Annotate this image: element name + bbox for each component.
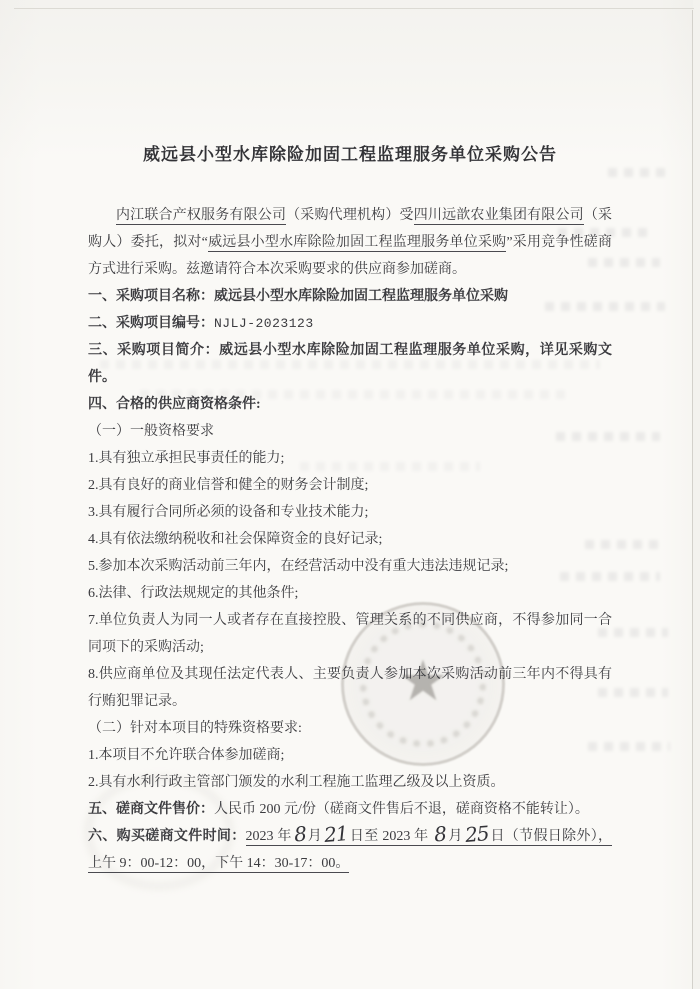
intro-text: （采购代理机构）受 [286,208,414,223]
special-requirement-2: 2.具有水利行政主管部门颁发的水利工程施工监理乙级及以上资质。 [88,769,612,796]
scan-right-margin [693,0,700,989]
general-requirement-2: 2.具有良好的商业信誉和健全的财务会计制度; [88,472,612,499]
item-5-label: 五、磋商文件售价： [88,802,214,817]
general-requirement-8: 8.供应商单位及其现任法定代表人、主要负责人参加本次采购活动前三年内不得具有行贿… [88,661,612,715]
project-number-value: NJLJ-2023123 [214,316,314,331]
general-requirement-6: 6.法律、行政法规规定的其他条件; [88,580,612,607]
date-text: 2023 年 [246,829,292,844]
purchaser-name-underlined: 四川远歆农业集团有限公司 [414,208,584,225]
intro-paragraph: 内江联合产权服务有限公司（采购代理机构）受四川远歆农业集团有限公司（采购人）委托… [88,202,612,283]
handwritten-day-digit: 21 [324,833,347,835]
document-body: 威远县小型水库除险加固工程监理服务单位采购公告 内江联合产权服务有限公司（采购代… [88,140,612,877]
item-5-value: 人民币 200 元/份（磋商文件售后不退，磋商资格不能转让）。 [214,802,589,817]
general-requirement-7: 7.单位负责人为同一人或者存在直接控股、管理关系的不同供应商，不得参加同一合同项… [88,607,612,661]
bleedthrough-artifact [608,168,670,177]
general-requirement-3: 3.具有履行合同所必须的设备和专业技术能力; [88,499,612,526]
item-6-purchase-time: 六、购买磋商文件时间：2023 年8月21日至 2023 年 8月25日（节假日… [88,823,612,877]
general-requirement-1: 1.具有独立承担民事责任的能力; [88,445,612,472]
handwritten-month-digit: 8 [434,833,446,834]
page-top-edge [14,8,694,9]
item-4-qualification-heading: 四、合格的供应商资格条件: [88,391,612,418]
general-requirement-5: 5.参加本次采购活动前三年内，在经营活动中没有重大违法违规记录; [88,553,612,580]
project-name-underlined: 威远县小型水库除险加固工程监理服务单位采购 [208,235,507,252]
item-5-document-price: 五、磋商文件售价：人民币 200 元/份（磋商文件售后不退，磋商资格不能转让）。 [88,796,612,823]
item-3-project-brief: 三、采购项目简介：威远县小型水库除险加固工程监理服务单位采购，详见采购文件。 [88,337,612,391]
special-requirement-1: 1.本项目不允许联合体参加磋商; [88,742,612,769]
item-6-label: 六、购买磋商文件时间： [88,829,246,844]
subheading-special-requirements: （二）针对本项目的特殊资格要求: [88,715,612,742]
item-1-project-name: 一、采购项目名称：威远县小型水库除险加固工程监理服务单位采购 [88,283,612,310]
handwritten-month-digit: 8 [294,833,306,834]
date-text: 月 [448,829,463,844]
subheading-general-requirements: （一）一般资格要求 [88,418,612,445]
general-requirement-4: 4.具有依法缴纳税收和社会保障资金的良好记录; [88,526,612,553]
item-2-label: 二、采购项目编号： [88,316,214,331]
document-title: 威远县小型水库除险加固工程监理服务单位采购公告 [88,140,612,170]
handwritten-day-digit: 25 [465,833,488,835]
scanned-document: { "colors": { "ink": "#3b3b3f", "paper":… [0,0,700,989]
page-right-edge [692,10,693,989]
item-2-project-number: 二、采购项目编号：NJLJ-2023123 [88,310,612,337]
agency-name-underlined: 内江联合产权服务有限公司 [116,208,286,225]
date-text: 月 [307,829,322,844]
date-text: 日至 2023 年 [350,829,433,844]
